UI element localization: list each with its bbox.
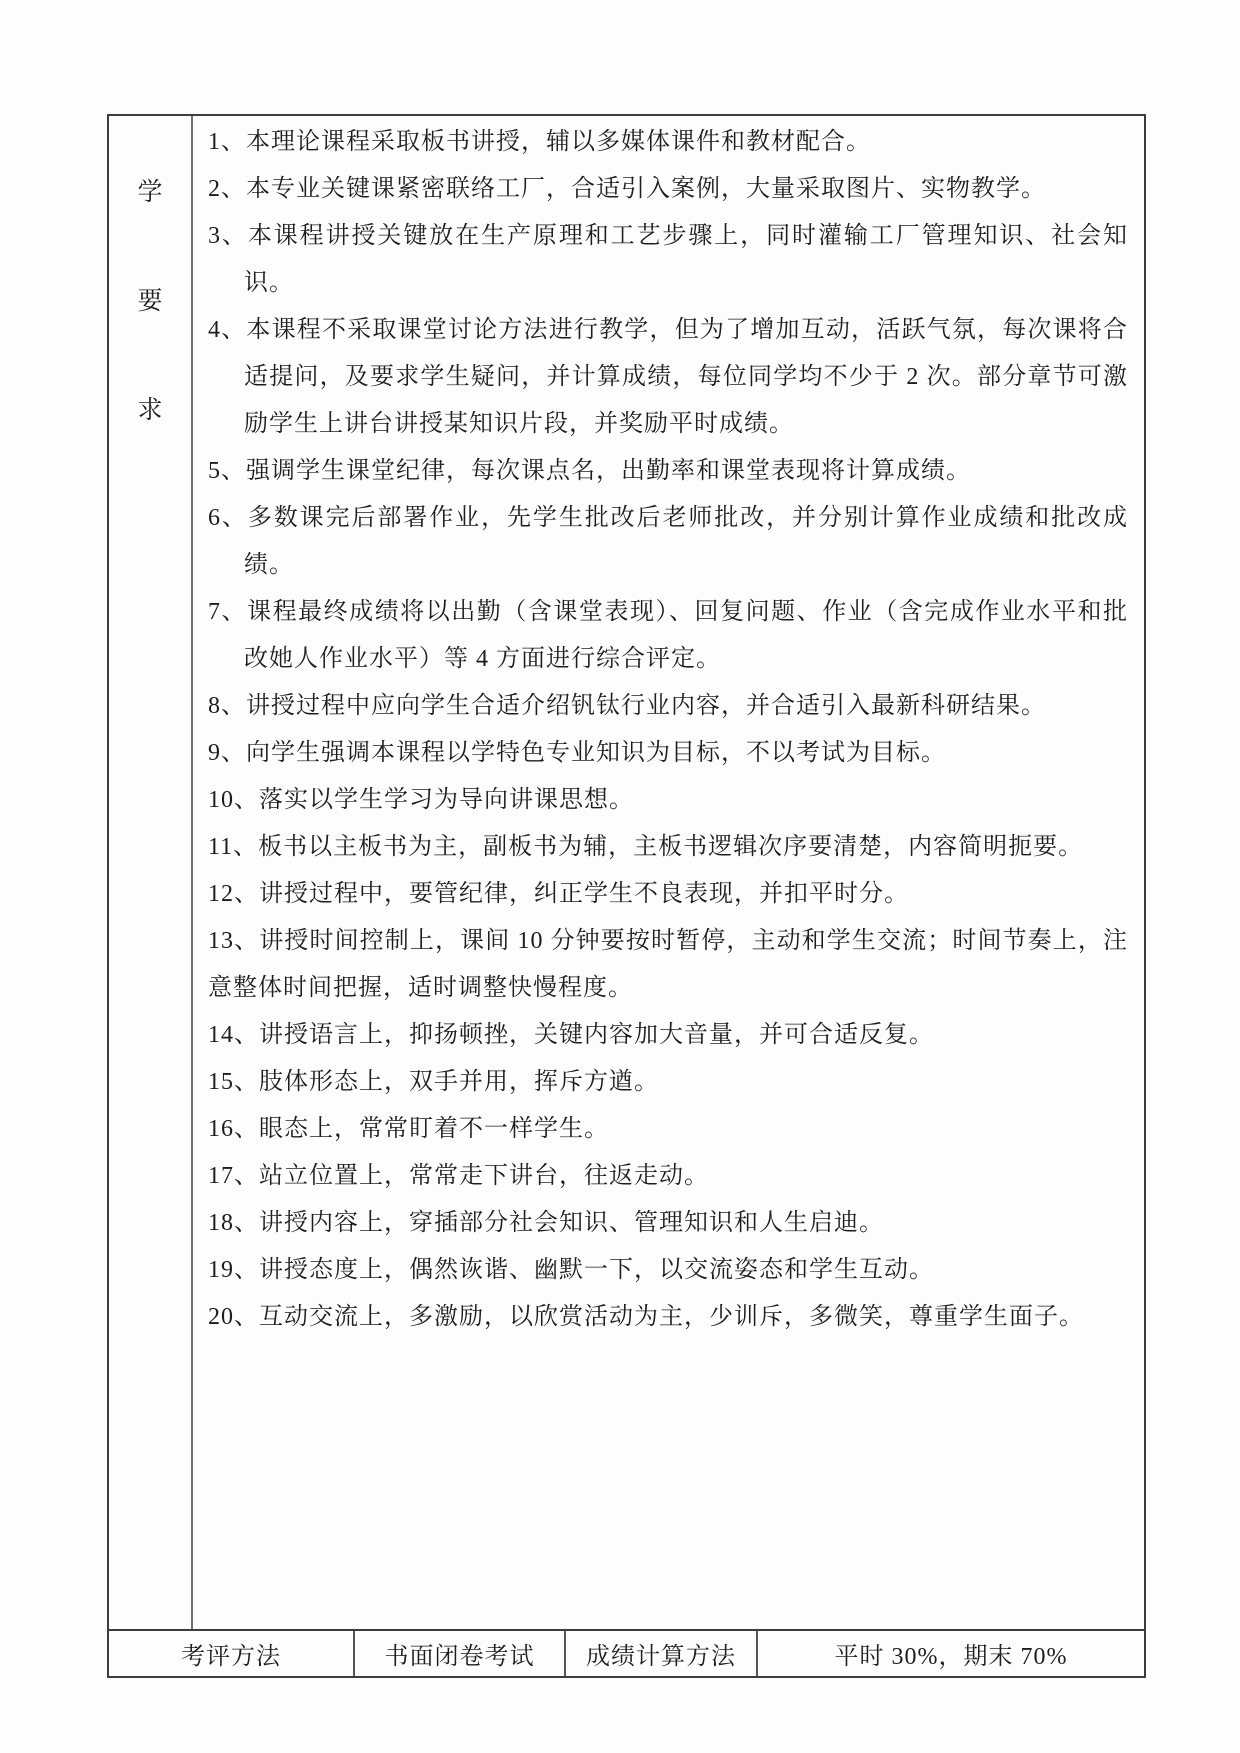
eval-method-value: 书面闭卷考试 xyxy=(355,1631,566,1676)
item-text: 讲授过程中，要管纪律，纠正学生不良表现，并扣平时分。 xyxy=(259,881,909,907)
item-number: 18、 xyxy=(208,1210,259,1236)
requirements-row: 学要求 1、本理论课程采取板书讲授，辅以多媒体课件和教材配合。2、本专业关键课紧… xyxy=(109,116,1144,1631)
item-number: 10、 xyxy=(208,787,259,813)
item-text: 讲授时间控制上，课间 10 分钟要按时暂停，主动和学生交流；时间节奏上，注意整体… xyxy=(208,928,1128,1001)
item-number: 12、 xyxy=(208,881,259,907)
item-number: 4、 xyxy=(208,317,246,343)
score-calc-value: 平时 30%，期末 70% xyxy=(758,1631,1144,1676)
row-header-char: 要 xyxy=(137,281,162,317)
requirement-item: 10、落实以学生学习为导向讲课思想。 xyxy=(208,777,1128,824)
requirement-item: 18、讲授内容上，穿插部分社会知识、管理知识和人生启迪。 xyxy=(208,1200,1128,1247)
row-header-cell: 学要求 xyxy=(109,116,193,1629)
document-page: 学要求 1、本理论课程采取板书讲授，辅以多媒体课件和教材配合。2、本专业关键课紧… xyxy=(0,0,1240,1753)
item-number: 6、 xyxy=(208,505,248,531)
requirement-item: 11、板书以主板书为主，副板书为辅，主板书逻辑次序要清楚，内容简明扼要。 xyxy=(208,824,1128,871)
item-number: 1、 xyxy=(208,129,246,155)
footer-row: 考评方法 书面闭卷考试 成绩计算方法 平时 30%，期末 70% xyxy=(109,1631,1144,1676)
item-number: 14、 xyxy=(208,1022,259,1048)
item-text: 本理论课程采取板书讲授，辅以多媒体课件和教材配合。 xyxy=(246,129,871,155)
item-number: 9、 xyxy=(208,740,246,766)
requirement-item: 6、多数课完后部署作业，先学生批改后老师批改，并分别计算作业成绩和批改成绩。 xyxy=(208,495,1128,589)
item-text: 本专业关键课紧密联络工厂，合适引入案例，大量采取图片、实物教学。 xyxy=(246,176,1046,202)
item-text: 互动交流上，多激励，以欣赏活动为主，少训斥，多微笑，尊重学生面子。 xyxy=(259,1304,1084,1330)
row-header-char: 学 xyxy=(137,172,162,208)
item-number: 19、 xyxy=(208,1257,259,1283)
requirement-item: 13、讲授时间控制上，课间 10 分钟要按时暂停，主动和学生交流；时间节奏上，注… xyxy=(208,918,1128,1012)
item-number: 3、 xyxy=(208,223,248,249)
item-text: 多数课完后部署作业，先学生批改后老师批改，并分别计算作业成绩和批改成绩。 xyxy=(244,505,1128,578)
item-text: 强调学生课堂纪律，每次课点名，出勤率和课堂表现将计算成绩。 xyxy=(246,458,971,484)
requirement-item: 4、本课程不采取课堂讨论方法进行教学，但为了增加互动，活跃气氛，每次课将合适提问… xyxy=(208,307,1128,448)
requirement-item: 2、本专业关键课紧密联络工厂，合适引入案例，大量采取图片、实物教学。 xyxy=(208,166,1128,213)
requirement-item: 15、肢体形态上，双手并用，挥斥方遒。 xyxy=(208,1059,1128,1106)
requirement-item: 12、讲授过程中，要管纪律，纠正学生不良表现，并扣平时分。 xyxy=(208,871,1128,918)
item-text: 向学生强调本课程以学特色专业知识为目标，不以考试为目标。 xyxy=(246,740,946,766)
item-text: 落实以学生学习为导向讲课思想。 xyxy=(259,787,634,813)
item-text: 本课程讲授关键放在生产原理和工艺步骤上，同时灌输工厂管理知识、社会知识。 xyxy=(244,223,1128,296)
item-number: 20、 xyxy=(208,1304,259,1330)
item-number: 2、 xyxy=(208,176,246,202)
requirement-item: 3、本课程讲授关键放在生产原理和工艺步骤上，同时灌输工厂管理知识、社会知识。 xyxy=(208,213,1128,307)
eval-method-label: 考评方法 xyxy=(109,1631,355,1676)
item-text: 讲授态度上，偶然诙谐、幽默一下，以交流姿态和学生互动。 xyxy=(259,1257,934,1283)
requirement-item: 19、讲授态度上，偶然诙谐、幽默一下，以交流姿态和学生互动。 xyxy=(208,1247,1128,1294)
item-text: 本课程不采取课堂讨论方法进行教学，但为了增加互动，活跃气氛，每次课将合适提问，及… xyxy=(244,317,1128,437)
item-text: 肢体形态上，双手并用，挥斥方遒。 xyxy=(259,1069,659,1095)
requirements-list: 1、本理论课程采取板书讲授，辅以多媒体课件和教材配合。2、本专业关键课紧密联络工… xyxy=(193,116,1144,1629)
requirement-item: 5、强调学生课堂纪律，每次课点名，出勤率和课堂表现将计算成绩。 xyxy=(208,448,1128,495)
requirement-item: 14、讲授语言上，抑扬顿挫，关键内容加大音量，并可合适反复。 xyxy=(208,1012,1128,1059)
item-number: 15、 xyxy=(208,1069,259,1095)
requirement-item: 9、向学生强调本课程以学特色专业知识为目标，不以考试为目标。 xyxy=(208,730,1128,777)
requirement-item: 20、互动交流上，多激励，以欣赏活动为主，少训斥，多微笑，尊重学生面子。 xyxy=(208,1294,1128,1341)
requirement-item: 7、课程最终成绩将以出勤（含课堂表现）、回复问题、作业（含完成作业水平和批改她人… xyxy=(208,589,1128,683)
item-number: 5、 xyxy=(208,458,246,484)
item-text: 站立位置上，常常走下讲台，往返走动。 xyxy=(259,1163,709,1189)
item-text: 课程最终成绩将以出勤（含课堂表现）、回复问题、作业（含完成作业水平和批改她人作业… xyxy=(244,599,1128,672)
item-text: 讲授内容上，穿插部分社会知识、管理知识和人生启迪。 xyxy=(259,1210,884,1236)
score-calc-label: 成绩计算方法 xyxy=(566,1631,758,1676)
item-number: 8、 xyxy=(208,693,246,719)
item-number: 13、 xyxy=(208,928,259,954)
item-text: 讲授过程中应向学生合适介绍钒钛行业内容，并合适引入最新科研结果。 xyxy=(246,693,1046,719)
item-number: 17、 xyxy=(208,1163,259,1189)
requirement-item: 8、讲授过程中应向学生合适介绍钒钛行业内容，并合适引入最新科研结果。 xyxy=(208,683,1128,730)
requirement-item: 17、站立位置上，常常走下讲台，往返走动。 xyxy=(208,1153,1128,1200)
item-text: 讲授语言上，抑扬顿挫，关键内容加大音量，并可合适反复。 xyxy=(259,1022,934,1048)
requirements-table: 学要求 1、本理论课程采取板书讲授，辅以多媒体课件和教材配合。2、本专业关键课紧… xyxy=(107,114,1146,1678)
item-text: 板书以主板书为主，副板书为辅，主板书逻辑次序要清楚，内容简明扼要。 xyxy=(258,834,1083,860)
row-header-char: 求 xyxy=(137,390,162,426)
item-number: 11、 xyxy=(208,834,258,860)
requirement-item: 1、本理论课程采取板书讲授，辅以多媒体课件和教材配合。 xyxy=(208,119,1128,166)
item-text: 眼态上，常常盯着不一样学生。 xyxy=(259,1116,609,1142)
requirement-item: 16、眼态上，常常盯着不一样学生。 xyxy=(208,1106,1128,1153)
item-number: 7、 xyxy=(208,599,247,625)
item-number: 16、 xyxy=(208,1116,259,1142)
